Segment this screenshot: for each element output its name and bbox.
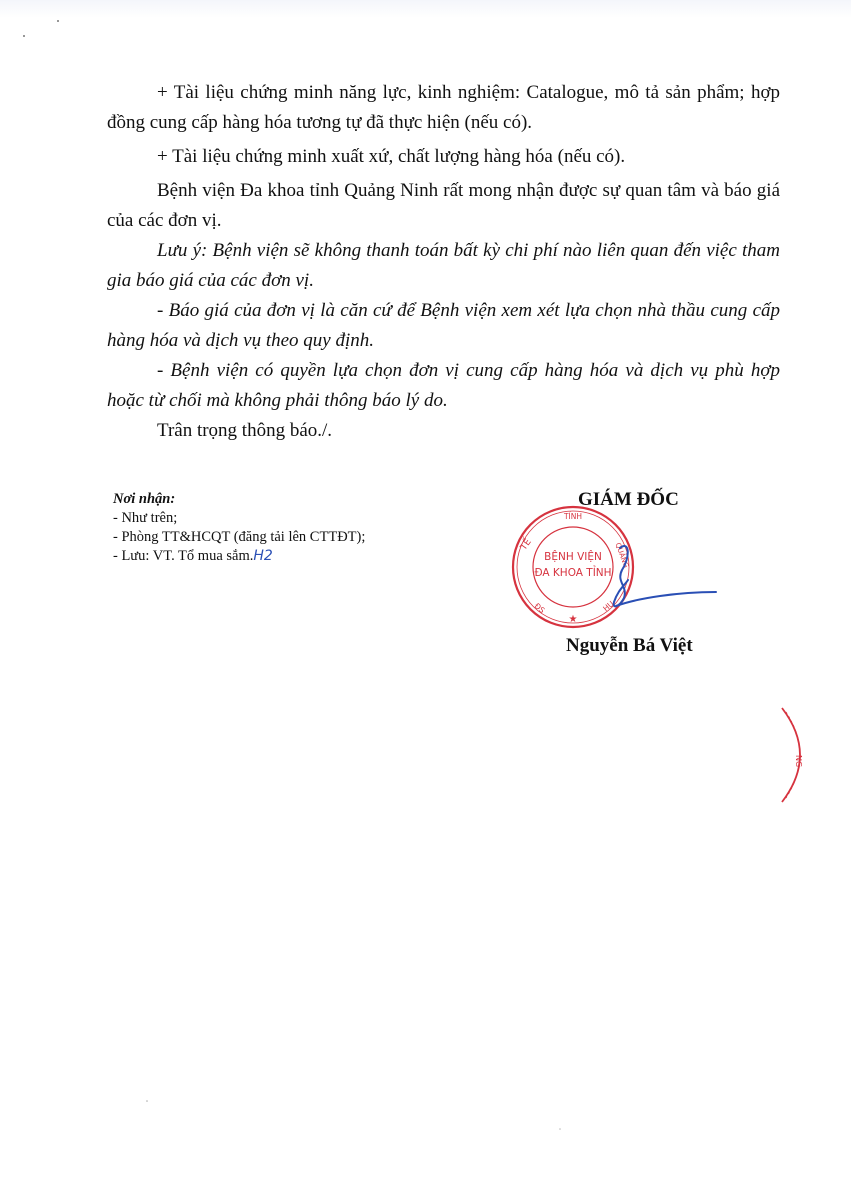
stamp-star-icon: ★ — [569, 614, 578, 625]
paragraph-quote-basis: - Báo giá của đơn vị là căn cứ để Bệnh v… — [107, 296, 780, 356]
handwritten-note: H2 — [253, 548, 272, 564]
recipient-item-text: - Lưu: VT. Tổ mua sắm. — [113, 548, 253, 564]
paragraph-closing: Trân trọng thông báo./. — [107, 416, 780, 446]
paragraph-text: + Tài liệu chứng minh xuất xứ, chất lượn… — [157, 146, 625, 167]
paragraph-text: - Bệnh viện có quyền lựa chọn đơn vị cun… — [107, 360, 780, 411]
recipient-item: - Phòng TT&HCQT (đăng tải lên CTTĐT); — [113, 528, 365, 547]
edge-stamp-text: NG — [794, 755, 803, 767]
paragraph-capability-docs: + Tài liệu chứng minh năng lực, kinh ngh… — [107, 78, 780, 138]
document-page: + Tài liệu chứng minh năng lực, kinh ngh… — [0, 0, 851, 1200]
stamp-top-text: TỈNH — [563, 512, 582, 521]
edge-seal-stamp: NG — [760, 700, 820, 810]
recipients-block: Nơi nhận: - Như trên; - Phòng TT&HCQT (đ… — [113, 490, 365, 566]
paragraph-text: - Báo giá của đơn vị là căn cứ để Bệnh v… — [107, 300, 780, 351]
paragraph-note: Lưu ý: Bệnh viện sẽ không thanh toán bất… — [107, 236, 780, 296]
paragraph-text: Trân trọng thông báo./. — [157, 420, 332, 441]
paragraph-hospital-request: Bệnh viện Đa khoa tỉnh Quảng Ninh rất mo… — [107, 176, 780, 236]
signer-name: Nguyễn Bá Việt — [566, 635, 693, 657]
paragraph-text: Lưu ý: Bệnh viện sẽ không thanh toán bất… — [107, 240, 780, 291]
handwritten-signature — [608, 540, 723, 615]
stamp-center-line1: BỆNH VIỆN — [544, 550, 602, 563]
stamp-center-line2: ĐA KHOA TỈNH — [534, 565, 611, 579]
paragraph-rights: - Bệnh viện có quyền lựa chọn đơn vị cun… — [107, 356, 780, 416]
recipient-item: - Lưu: VT. Tổ mua sắm.H2 — [113, 547, 365, 566]
recipients-title: Nơi nhận: — [113, 490, 365, 509]
paragraph-origin-docs: + Tài liệu chứng minh xuất xứ, chất lượn… — [107, 142, 780, 172]
paragraph-text: Bệnh viện Đa khoa tỉnh Quảng Ninh rất mo… — [107, 180, 780, 231]
recipient-item: - Như trên; — [113, 509, 365, 528]
paragraph-text: + Tài liệu chứng minh năng lực, kinh ngh… — [107, 82, 780, 133]
